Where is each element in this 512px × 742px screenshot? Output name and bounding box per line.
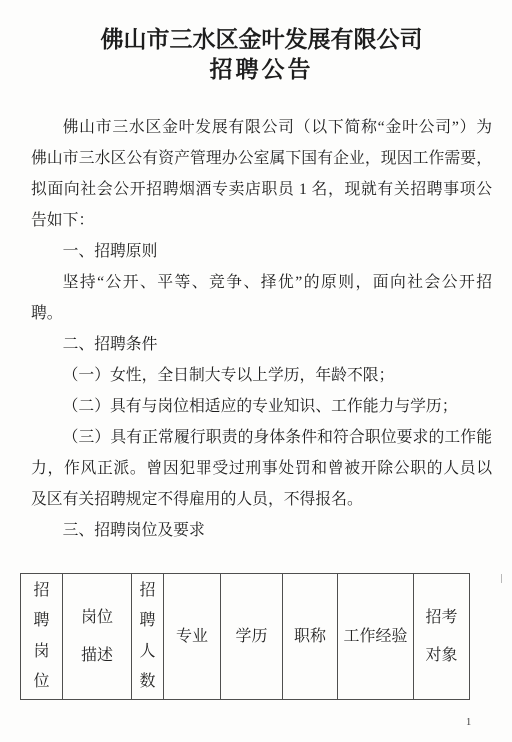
section-1-line-2: 聘。 <box>31 298 492 329</box>
condition-3-line-1: （三）具有正常履行职责的身体条件和符合职位要求的工作能 <box>31 422 492 453</box>
table-header-headcount: 招聘人数 <box>132 574 164 700</box>
section-2-heading: 二、招聘条件 <box>31 329 492 360</box>
table-header-experience-label: 工作经验 <box>343 627 407 647</box>
intro-line-3: 拟面向社会公开招聘烟酒专卖店职员 1 名，现就有关招聘事项公 <box>31 174 492 205</box>
table-header-position: 招聘岗位 <box>21 574 63 700</box>
intro-line-2: 佛山市三水区公有资产管理办公室属下国有企业，现因工作需要， <box>31 143 492 174</box>
document-page: 佛山市三水区金叶发展有限公司 招聘公告 佛山市三水区金叶发展有限公司（以下简称“… <box>0 0 512 742</box>
condition-3-line-2: 力，作风正派。曾因犯罪受过刑事处罚和曾被开除公职的人员以 <box>31 453 492 484</box>
title-announcement: 招聘公告 <box>31 55 492 85</box>
condition-3-line-3: 及区有关招聘规定不得雇用的人员，不得报名。 <box>31 484 492 515</box>
page-number: 1 <box>466 717 471 728</box>
intro-line-4: 告如下： <box>31 205 492 236</box>
intro-line-1: 佛山市三水区金叶发展有限公司（以下简称“金叶公司”）为 <box>31 112 492 143</box>
table-header-target-label: 招考对象 <box>423 599 460 675</box>
condition-1: （一）女性，全日制大专以上学历，年龄不限； <box>31 360 492 391</box>
table-header-major-label: 专业 <box>176 627 208 647</box>
table-header-position-label: 招聘岗位 <box>32 576 50 698</box>
table-header-description: 岗位描述 <box>63 574 132 700</box>
section-1-heading: 一、招聘原则 <box>31 236 492 267</box>
table-header-row: 招聘岗位 岗位描述 招聘人数 专业 学历 职称 工作经验 招考对象 <box>21 574 470 700</box>
table-header-title-label: 职称 <box>294 627 326 647</box>
table-header-target: 招考对象 <box>414 574 470 700</box>
table-header-description-label: 岗位描述 <box>79 599 116 675</box>
section-3-heading: 三、招聘岗位及要求 <box>31 515 492 546</box>
document-body: 佛山市三水区金叶发展有限公司（以下简称“金叶公司”）为 佛山市三水区公有资产管理… <box>31 112 492 546</box>
table-header-title: 职称 <box>283 574 338 700</box>
table-header-education: 学历 <box>221 574 283 700</box>
scan-artifact-mark <box>501 574 502 583</box>
table-header-headcount-label: 招聘人数 <box>138 576 156 698</box>
table-header-experience: 工作经验 <box>338 574 414 700</box>
table-header-major: 专业 <box>164 574 221 700</box>
section-1-line-1: 坚持“公开、平等、竞争、择优”的原则，面向社会公开招 <box>31 267 492 298</box>
table-header-education-label: 学历 <box>235 627 267 647</box>
document-title: 佛山市三水区金叶发展有限公司 招聘公告 <box>31 25 492 85</box>
document-content: 佛山市三水区金叶发展有限公司 招聘公告 佛山市三水区金叶发展有限公司（以下简称“… <box>0 0 512 700</box>
title-company-name: 佛山市三水区金叶发展有限公司 <box>31 25 492 55</box>
condition-2: （二）具有与岗位相适应的专业知识、工作能力与学历； <box>31 391 492 422</box>
recruitment-requirements-table: 招聘岗位 岗位描述 招聘人数 专业 学历 职称 工作经验 招考对象 <box>20 573 470 700</box>
